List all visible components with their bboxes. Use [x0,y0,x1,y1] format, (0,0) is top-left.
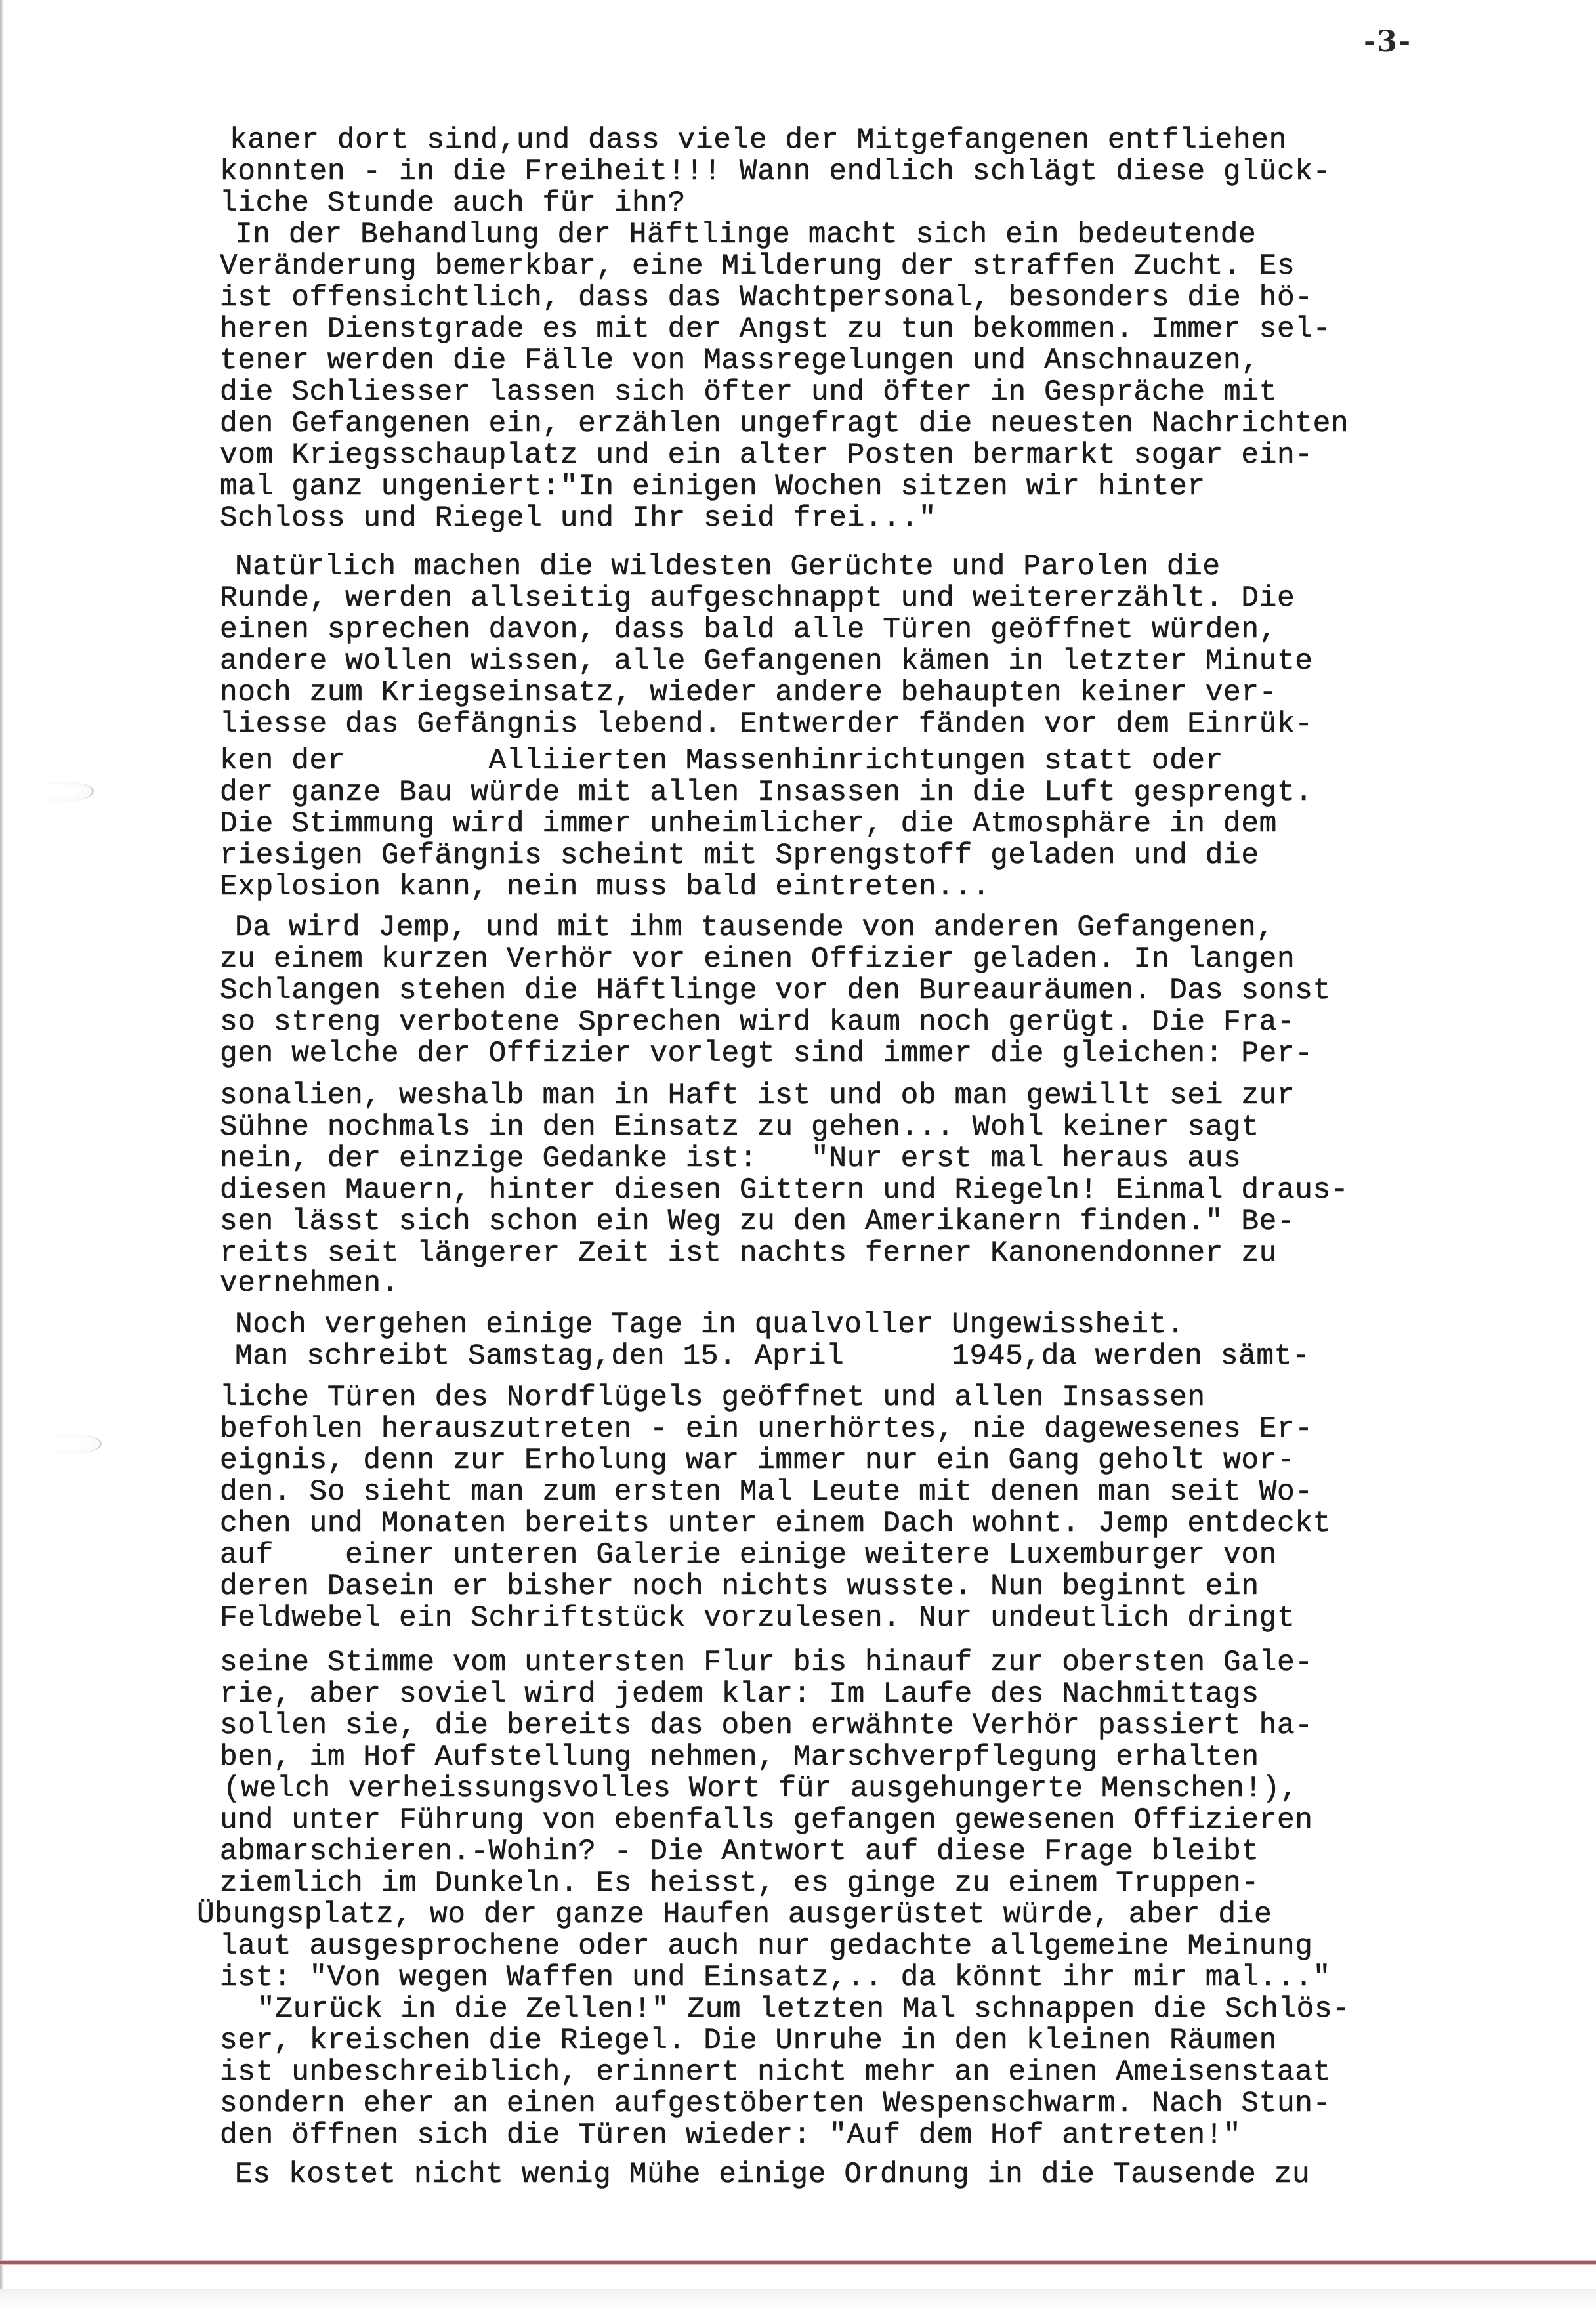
text-line: rie, aber soviel wird jedem klar: Im Lau… [220,1679,1259,1710]
text-line: so streng verbotene Sprechen wird kaum n… [220,1007,1295,1038]
text-line: ken der Alliierten Massenhinrichtungen s… [220,745,1223,777]
text-line: und unter Führung von ebenfalls gefangen… [220,1805,1313,1836]
text-line: befohlen herauszutreten - ein unerhörtes… [220,1414,1313,1445]
text-line: (welch verheissungsvolles Wort für ausge… [223,1773,1298,1805]
text-line: noch zum Kriegseinsatz, wieder andere be… [220,677,1277,709]
text-line: Veränderung bemerkbar, eine Milderung de… [220,251,1295,282]
text-line: reits seit längerer Zeit ist nachts fern… [220,1238,1277,1269]
text-line: zu einem kurzen Verhör vor einen Offizie… [220,944,1295,975]
text-line: ist unbeschreiblich, erinnert nicht mehr… [220,2057,1331,2088]
text-line: In der Behandlung der Häftlinge macht si… [235,219,1256,251]
text-line: Die Stimmung wird immer unheimlicher, di… [220,808,1277,840]
text-line: vernehmen. [220,1268,399,1299]
text-line: einen sprechen davon, dass bald alle Tür… [220,614,1277,646]
text-line: liesse das Gefängnis lebend. Entwerder f… [220,709,1313,740]
text-line: konnten - in die Freiheit!!! Wann endlic… [220,156,1331,188]
text-line: abmarschieren.-Wohin? - Die Antwort auf … [220,1836,1259,1868]
text-line: Noch vergehen einige Tage in qualvoller … [235,1309,1185,1341]
text-line: andere wollen wissen, alle Gefangenen kä… [220,646,1313,677]
typewritten-body-text: kaner dort sind,und dass viele der Mitge… [0,0,1596,2231]
text-line: die Schliesser lassen sich öfter und öft… [220,377,1277,408]
text-line: den öffnen sich die Türen wieder: "Auf d… [220,2120,1241,2151]
text-line: eignis, denn zur Erholung war immer nur … [220,1445,1295,1477]
text-line: diesen Mauern, hinter diesen Gittern und… [220,1175,1349,1206]
text-line: ziemlich im Dunkeln. Es heisst, es ginge… [220,1868,1259,1899]
text-line: Sühne nochmals in den Einsatz zu gehen..… [220,1112,1259,1143]
text-line: kaner dort sind,und dass viele der Mitge… [230,125,1287,156]
text-line: tener werden die Fälle von Massregelunge… [220,345,1259,377]
text-line: ben, im Hof Aufstellung nehmen, Marschve… [220,1742,1259,1773]
text-line: riesigen Gefängnis scheint mit Sprengsto… [220,840,1259,871]
document-page: -3- kaner dort sind,und dass viele der M… [0,0,1596,2310]
text-line: der ganze Bau würde mit allen Insassen i… [220,777,1313,808]
text-line: "Zurück in die Zellen!" Zum letzten Mal … [257,1994,1351,2025]
text-line: Schlangen stehen die Häftlinge vor den B… [220,975,1331,1007]
text-line: Man schreibt Samstag,den 15. April 1945,… [235,1341,1310,1372]
text-line: sonalien, weshalb man in Haft ist und ob… [220,1080,1295,1112]
text-line: ist offensichtlich, dass das Wachtperson… [220,282,1313,314]
text-line: Explosion kann, nein muss bald eintreten… [220,871,990,903]
text-line: liche Türen des Nordflügels geöffnet und… [220,1382,1206,1414]
text-line: heren Dienstgrade es mit der Angst zu tu… [220,314,1331,345]
text-line: deren Dasein er bisher noch nichts wusst… [220,1571,1259,1603]
text-line: den. So sieht man zum ersten Mal Leute m… [220,1477,1313,1508]
text-line: gen welche der Offizier vorlegt sind imm… [220,1038,1313,1070]
text-line: vom Kriegsschauplatz und ein alter Poste… [220,440,1313,471]
text-line: auf einer unteren Galerie einige weitere… [220,1540,1277,1571]
text-line: Es kostet nicht wenig Mühe einige Ordnun… [235,2159,1310,2191]
text-line: sollen sie, die bereits das oben erwähnt… [220,1710,1313,1742]
text-line: Da wird Jemp, und mit ihm tausende von a… [235,912,1274,944]
text-line: sondern eher an einen aufgestöberten Wes… [220,2088,1331,2120]
text-line: nein, der einzige Gedanke ist: "Nur erst… [220,1143,1241,1175]
text-line: Natürlich machen die wildesten Gerüchte … [235,551,1221,583]
text-line: den Gefangenen ein, erzählen ungefragt d… [220,408,1349,440]
text-line: Feldwebel ein Schriftstück vorzulesen. N… [220,1603,1295,1634]
text-line: ist: "Von wegen Waffen und Einsatz,.. da… [220,1962,1331,1994]
text-line: Schloss und Riegel und Ihr seid frei..." [220,503,936,534]
text-line: seine Stimme vom untersten Flur bis hina… [220,1647,1313,1679]
text-line: ser, kreischen die Riegel. Die Unruhe in… [220,2025,1277,2057]
text-line: mal ganz ungeniert:"In einigen Wochen si… [220,471,1206,503]
page-bottom-shadow [0,2289,1596,2310]
page-bottom-rule [0,2261,1596,2264]
text-line: Übungsplatz, wo der ganze Haufen ausgerü… [197,1899,1272,1931]
text-line: chen und Monaten bereits unter einem Dac… [220,1508,1331,1540]
text-line: laut ausgesprochene oder auch nur gedach… [220,1931,1313,1962]
text-line: liche Stunde auch für ihn? [220,188,686,219]
text-line: sen lässt sich schon ein Weg zu den Amer… [220,1206,1295,1238]
text-line: Runde, werden allseitig aufgeschnappt un… [220,583,1295,614]
